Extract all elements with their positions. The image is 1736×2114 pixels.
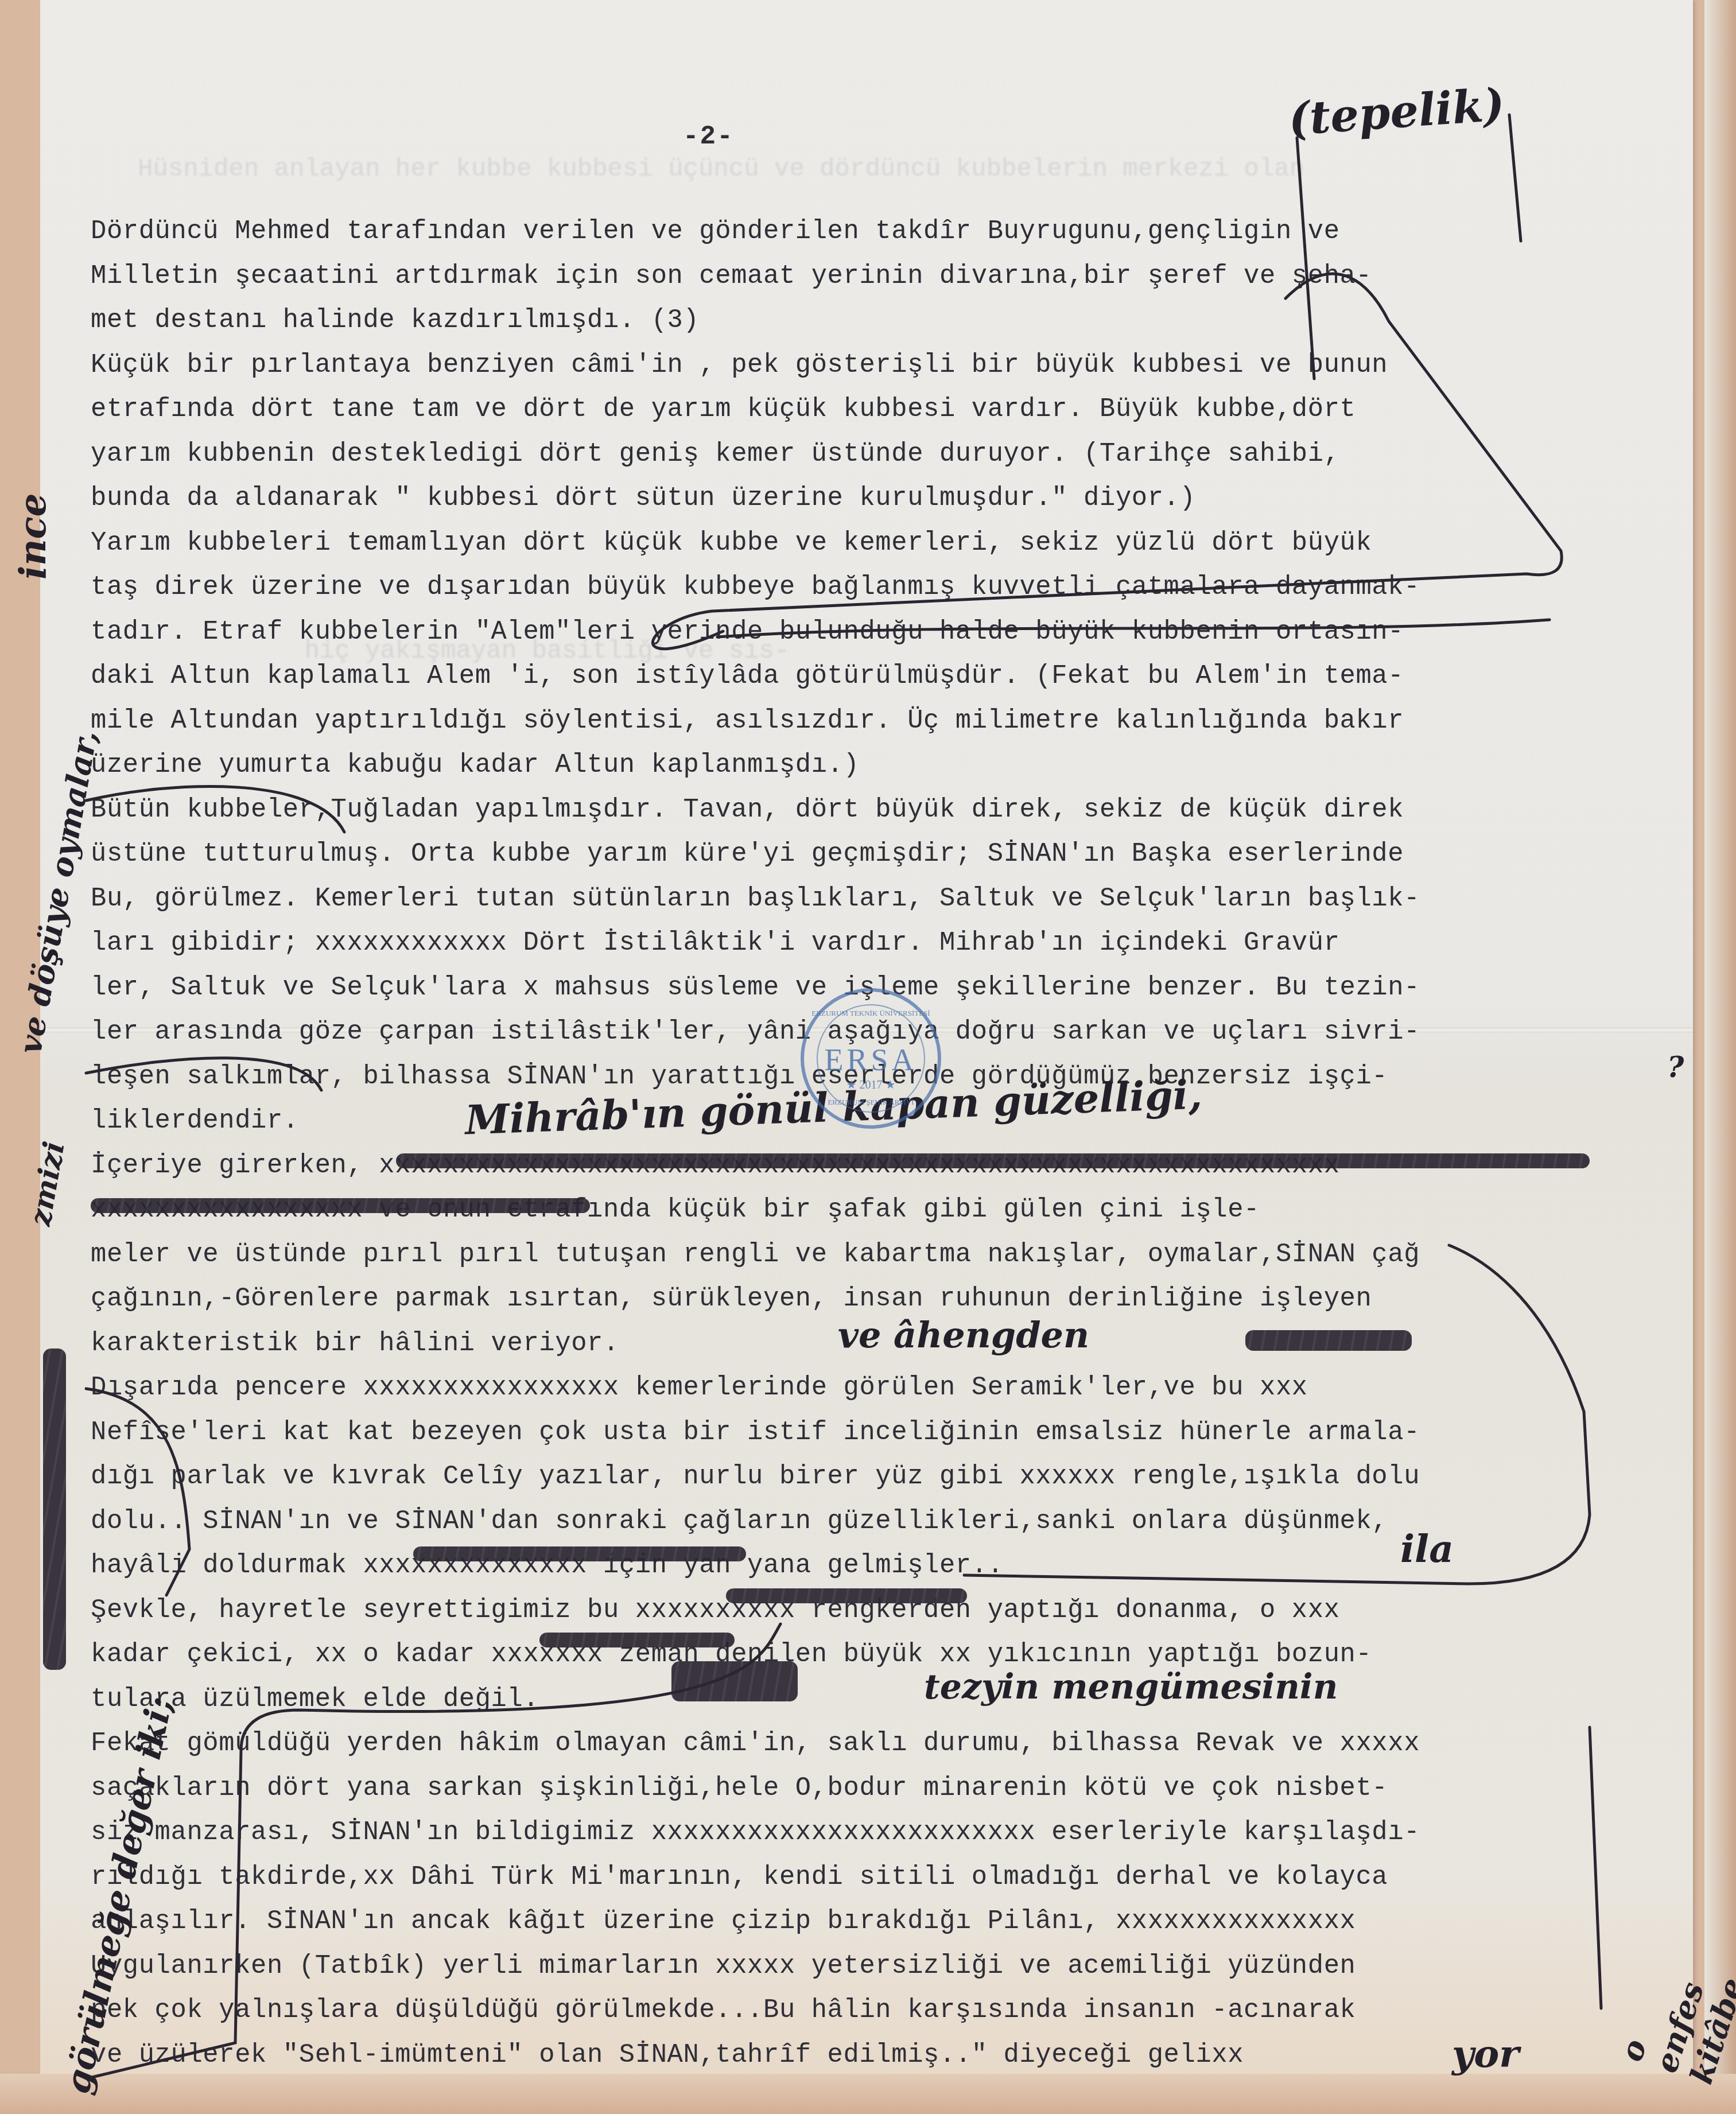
stamp-year: ★ 2017 ★	[804, 1078, 938, 1092]
stamp-center-text: ERSA	[804, 1042, 938, 1078]
stamp-ring-bottom-text: ERZURUM ŞEHİR ARŞİVİ	[804, 1098, 938, 1107]
archive-stamp: ERZURUM TEKNİK ÜNİVERSİTESİ ERSA ★ 2017 …	[801, 988, 941, 1129]
stamp-ring-top-text: ERZURUM TEKNİK ÜNİVERSİTESİ	[804, 1009, 938, 1018]
